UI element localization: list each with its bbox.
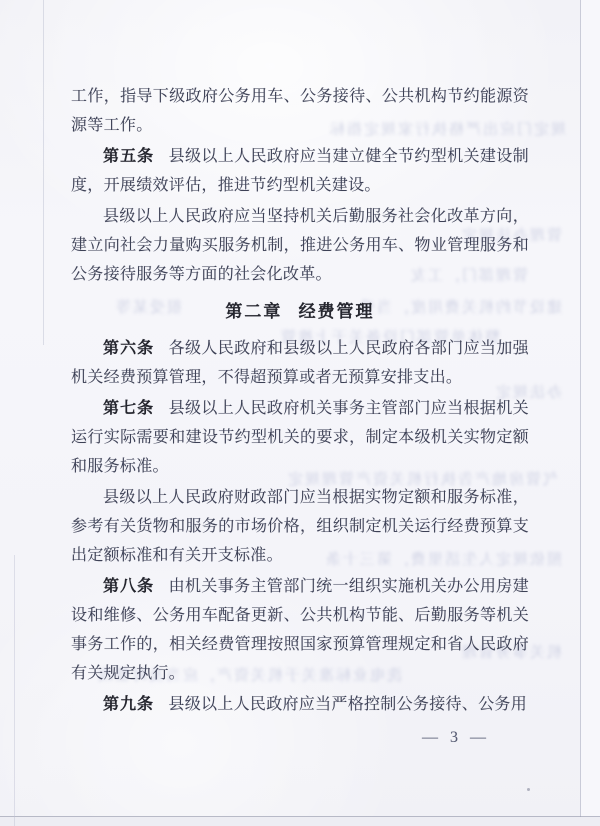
paragraph-text: 县级以上人民政府应当坚持机关后勤服务社会化改革方向，建立向社会力量购买服务机制，…	[71, 208, 529, 283]
page-edge-bottom	[0, 816, 600, 817]
article-term: 第九条	[103, 696, 154, 713]
document-text: 工作，指导下级政府公务用车、公务接待、公共机构节约能源资源等工作。第五条县级以上…	[71, 82, 529, 721]
paragraph-text: 工作，指导下级政府公务用车、公务接待、公共机构节约能源资源等工作。	[71, 88, 529, 134]
scanner-margin-right	[581, 0, 600, 826]
article-term: 第七条	[103, 400, 154, 417]
paragraph-text: 县级以上人民政府财政部门应当根据实物定额和服务标准，参考有关货物和服务的市场价格…	[71, 489, 529, 564]
article-term: 第五条	[103, 148, 154, 165]
fold-line-top	[43, 0, 44, 345]
article-paragraph: 第九条县级以上人民政府应当严格控制公务接待、公务用	[71, 690, 529, 719]
article-paragraph: 第六条各级人民政府和县级以上人民政府各部门应当加强机关经费预算管理，不得超预算或…	[71, 334, 529, 392]
page-number: — 3 —	[422, 729, 490, 747]
scanned-page: 规定门应出严格执行家规定指标管理办法规定管理部门，工友很受某等建设节约机关费用度…	[0, 0, 600, 826]
article-term: 第八条	[103, 578, 154, 595]
article-paragraph: 第五条县级以上人民政府应当建立健全节约型机关建设制度，开展绩效评估，推进节约型机…	[71, 142, 529, 200]
page-edge-right	[580, 0, 581, 826]
body-paragraph: 工作，指导下级政府公务用车、公务接待、公共机构节约能源资源等工作。	[71, 82, 529, 140]
article-paragraph: 第八条由机关事务主管部门统一组织实施机关办公用房建设和维修、公务用车配备更新、公…	[71, 572, 529, 688]
fold-line-bottom	[14, 555, 15, 826]
scan-speck	[527, 788, 530, 791]
body-paragraph: 县级以上人民政府财政部门应当根据实物定额和服务标准，参考有关货物和服务的市场价格…	[71, 483, 529, 570]
paragraph-text: 县级以上人民政府应当严格控制公务接待、公务用	[168, 696, 527, 713]
chapter-title: 经费管理	[299, 302, 375, 321]
chapter-number: 第二章	[225, 302, 282, 321]
scanner-margin-bottom	[0, 817, 600, 826]
article-paragraph: 第七条县级以上人民政府机关事务主管部门应当根据机关运行实际需要和建设节约型机关的…	[71, 394, 529, 481]
body-paragraph: 县级以上人民政府应当坚持机关后勤服务社会化改革方向，建立向社会力量购买服务机制，…	[71, 202, 529, 289]
article-term: 第六条	[103, 340, 154, 357]
chapter-heading: 第二章经费管理	[71, 297, 529, 326]
